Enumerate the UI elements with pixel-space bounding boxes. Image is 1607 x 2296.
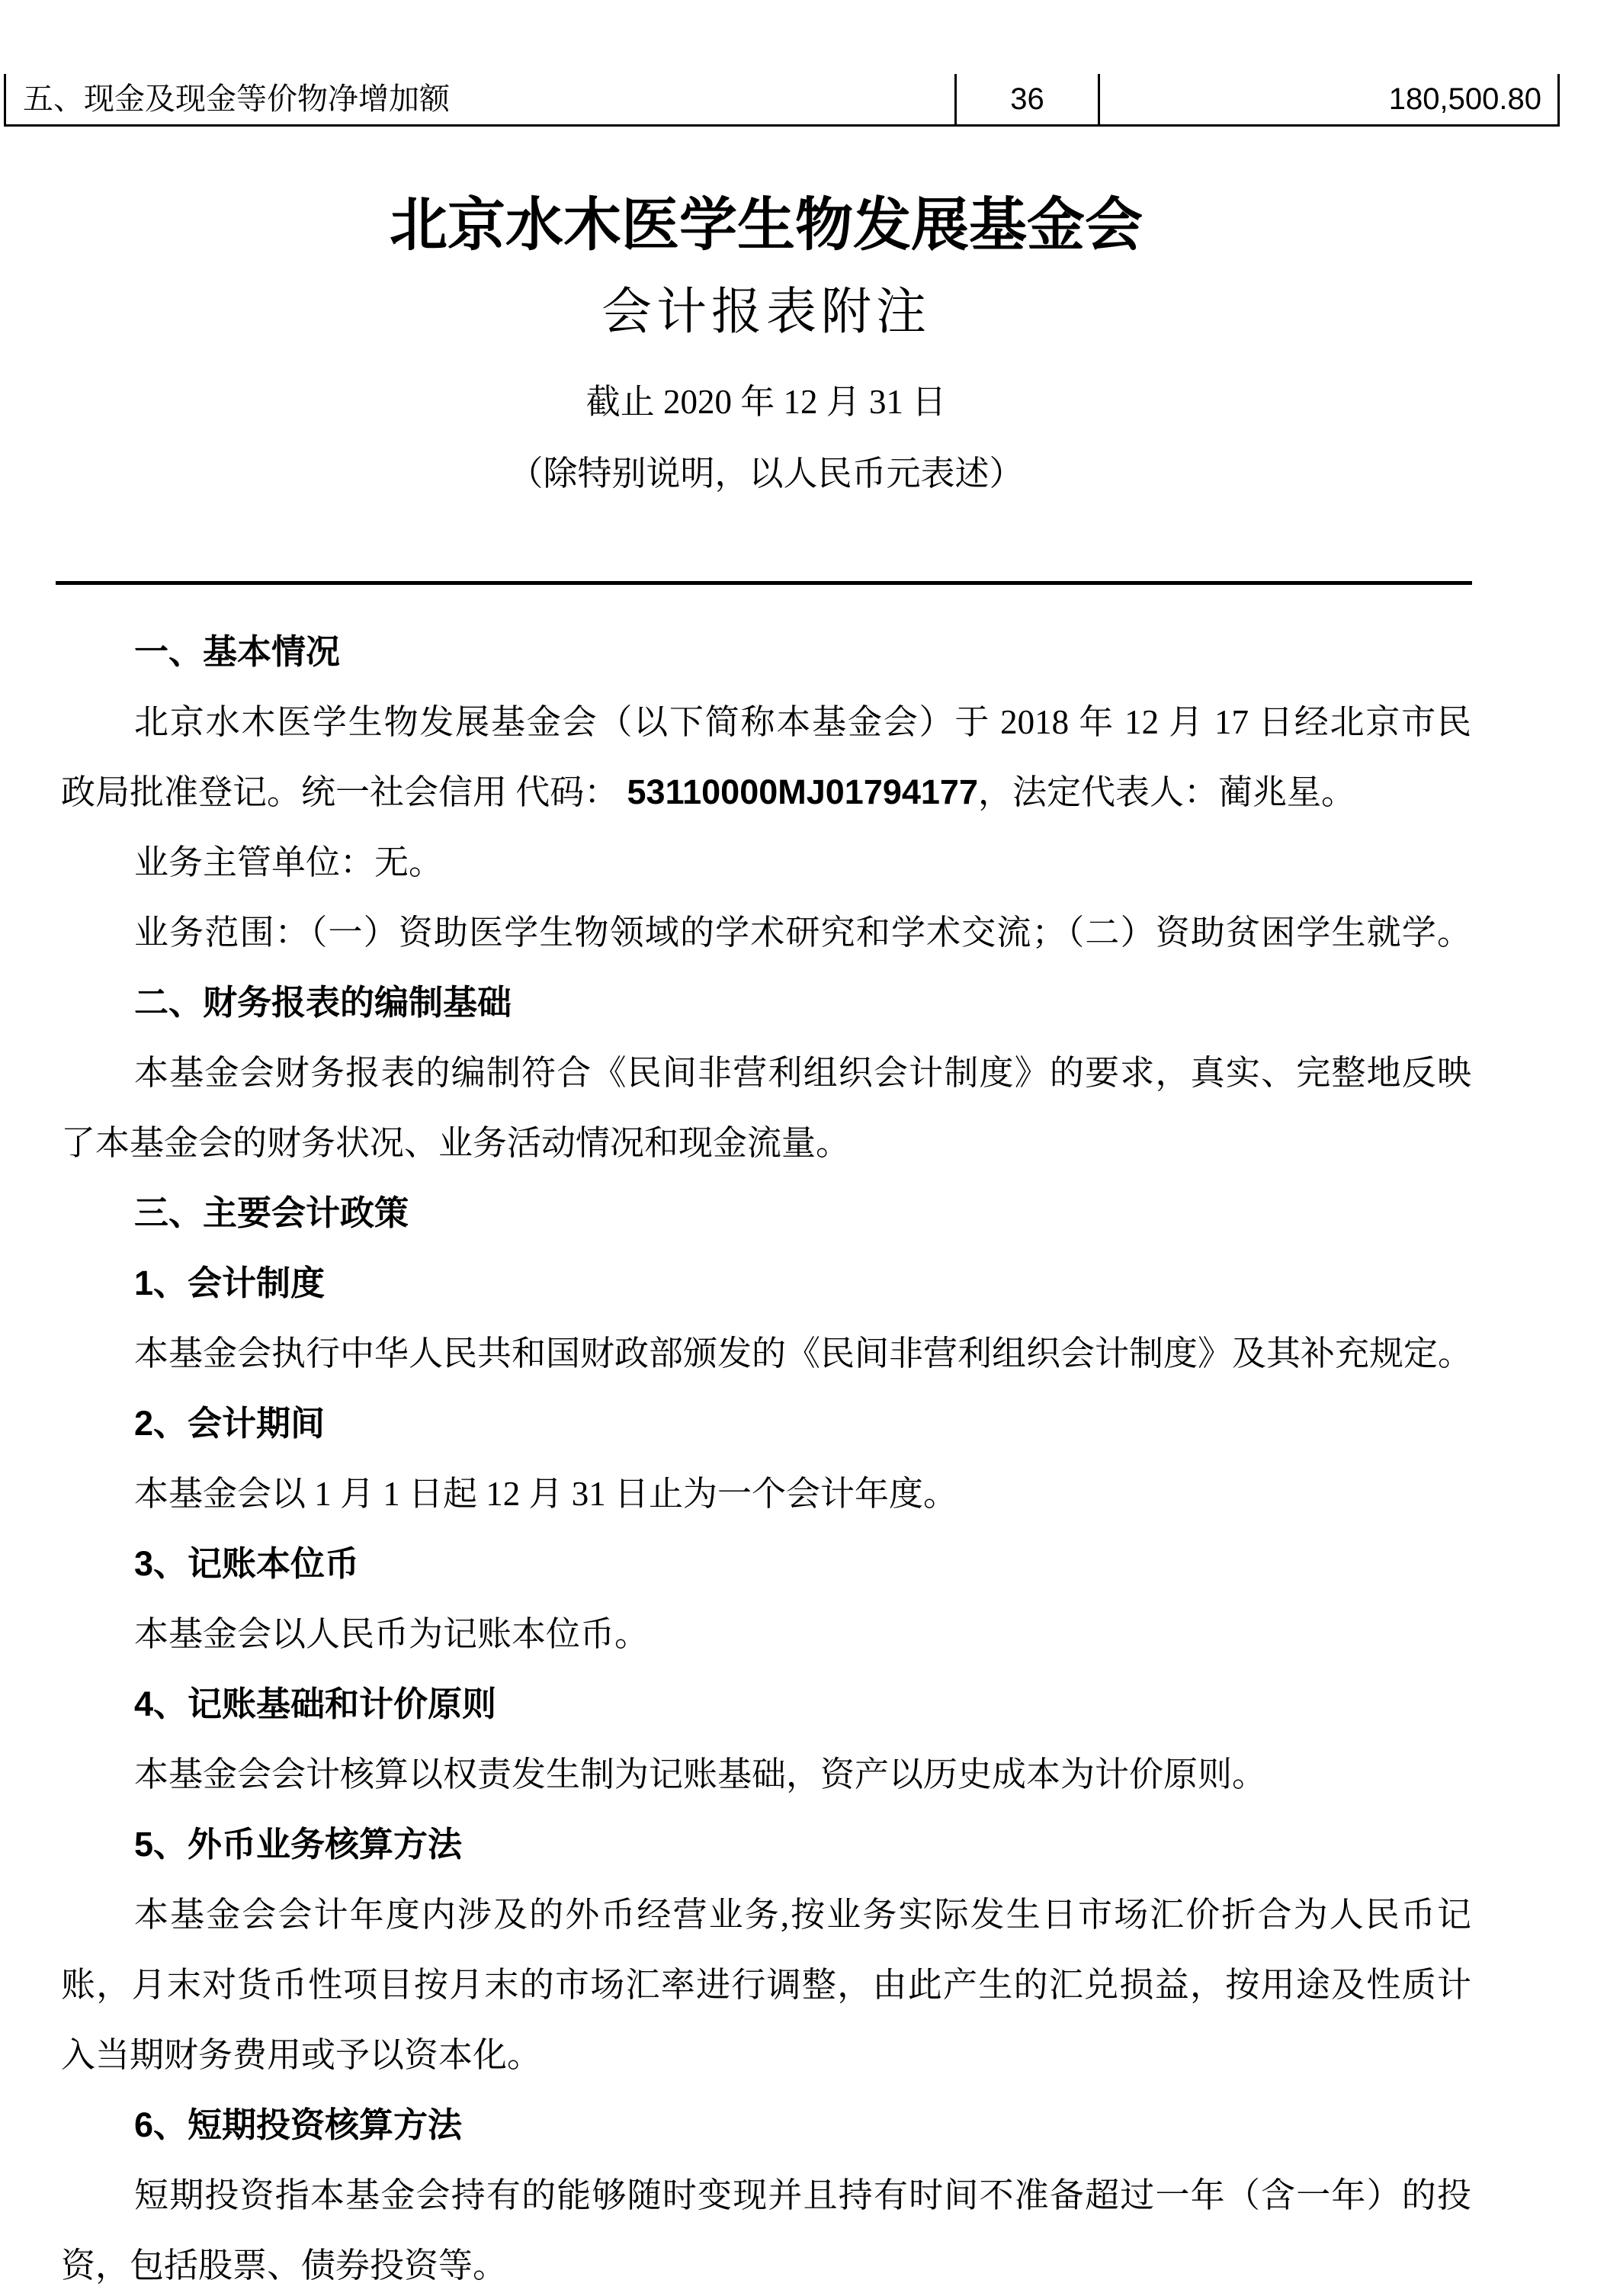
doc-title: 会计报表附注 (61, 281, 1471, 345)
heading-policy-2: 2、会计期间 (61, 1389, 1471, 1459)
para-line: 资，包括股票、债券投资等。 (61, 2230, 1471, 2296)
para-line: 入当期财务费用或予以资本化。 (61, 2020, 1471, 2090)
org-name-title: 北京水木医学生物发展基金会 (61, 191, 1471, 261)
heading-section-1: 一、基本情况 (61, 617, 1471, 687)
notes-body: 一、基本情况 北京水木医学生物发展基金会（以下简称本基金会）于 2018 年 1… (61, 617, 1471, 2296)
period-line: 截止 2020 年 12 月 31 日 (61, 379, 1471, 425)
registration-pre: 政局批准登记。统一社会信用 代码： (61, 773, 627, 811)
document-page: 五、现金及现金等价物净增加额 36 180,500.80 北京水木医学生物发展基… (0, 0, 1607, 2296)
heading-section-2: 二、财务报表的编制基础 (61, 968, 1471, 1038)
credit-code: 53110000MJ01794177 (627, 772, 978, 811)
para-line: 账，月末对货币性项目按月末的市场汇率进行调整，由此产生的汇兑损益，按用途及性质计 (61, 1950, 1471, 2020)
currency-note-line: （除特别说明，以人民币元表述） (61, 451, 1471, 496)
heading-policy-4: 4、记账基础和计价原则 (61, 1669, 1471, 1739)
para-line: 业务范围：（一）资助医学生物领域的学术研究和学术交流；（二）资助贫困学生就学。 (61, 898, 1471, 968)
heading-policy-3: 3、记账本位币 (61, 1529, 1471, 1599)
para-line: 本基金会会计年度内涉及的外币经营业务,按业务实际发生日市场汇价折合为人民币记 (61, 1880, 1471, 1950)
para-line: 北京水木医学生物发展基金会（以下简称本基金会）于 2018 年 12 月 17 … (61, 687, 1471, 757)
header-divider-rule (56, 581, 1472, 585)
para-line: 短期投资指本基金会持有的能够随时变现并且持有时间不准备超过一年（含一年）的投 (61, 2160, 1471, 2230)
para-line: 本基金会以 1 月 1 日起 12 月 31 日止为一个会计年度。 (61, 1459, 1471, 1529)
para-line: 本基金会执行中华人民共和国财政部颁发的《民间非营利组织会计制度》及其补充规定。 (61, 1318, 1471, 1389)
para-line: 了本基金会的财务状况、业务活动情况和现金流量。 (61, 1108, 1471, 1178)
heading-policy-6: 6、短期投资核算方法 (61, 2090, 1471, 2160)
para-line: 业务主管单位：无。 (61, 827, 1471, 898)
registration-post: ，法定代表人：蔺兆星。 (978, 773, 1355, 811)
heading-section-3: 三、主要会计政策 (61, 1178, 1471, 1248)
heading-policy-1: 1、会计制度 (61, 1248, 1471, 1318)
table-cell-item: 五、现金及现金等价物净增加额 (23, 74, 450, 124)
table-border-bottom (4, 124, 1560, 127)
table-cell-amount: 180,500.80 (1100, 74, 1541, 124)
table-border-left (4, 74, 6, 126)
para-line: 本基金会会计核算以权责发生制为记账基础，资产以历史成本为计价原则。 (61, 1739, 1471, 1810)
heading-policy-5: 5、外币业务核算方法 (61, 1810, 1471, 1880)
para-line: 本基金会财务报表的编制符合《民间非营利组织会计制度》的要求，真实、完整地反映 (61, 1038, 1471, 1108)
para-line-registration: 政局批准登记。统一社会信用 代码： 53110000MJ01794177，法定代… (61, 757, 1471, 827)
para-line: 本基金会以人民币为记账本位币。 (61, 1599, 1471, 1669)
table-cell-lineno: 36 (957, 74, 1098, 124)
table-border-right (1557, 74, 1560, 126)
